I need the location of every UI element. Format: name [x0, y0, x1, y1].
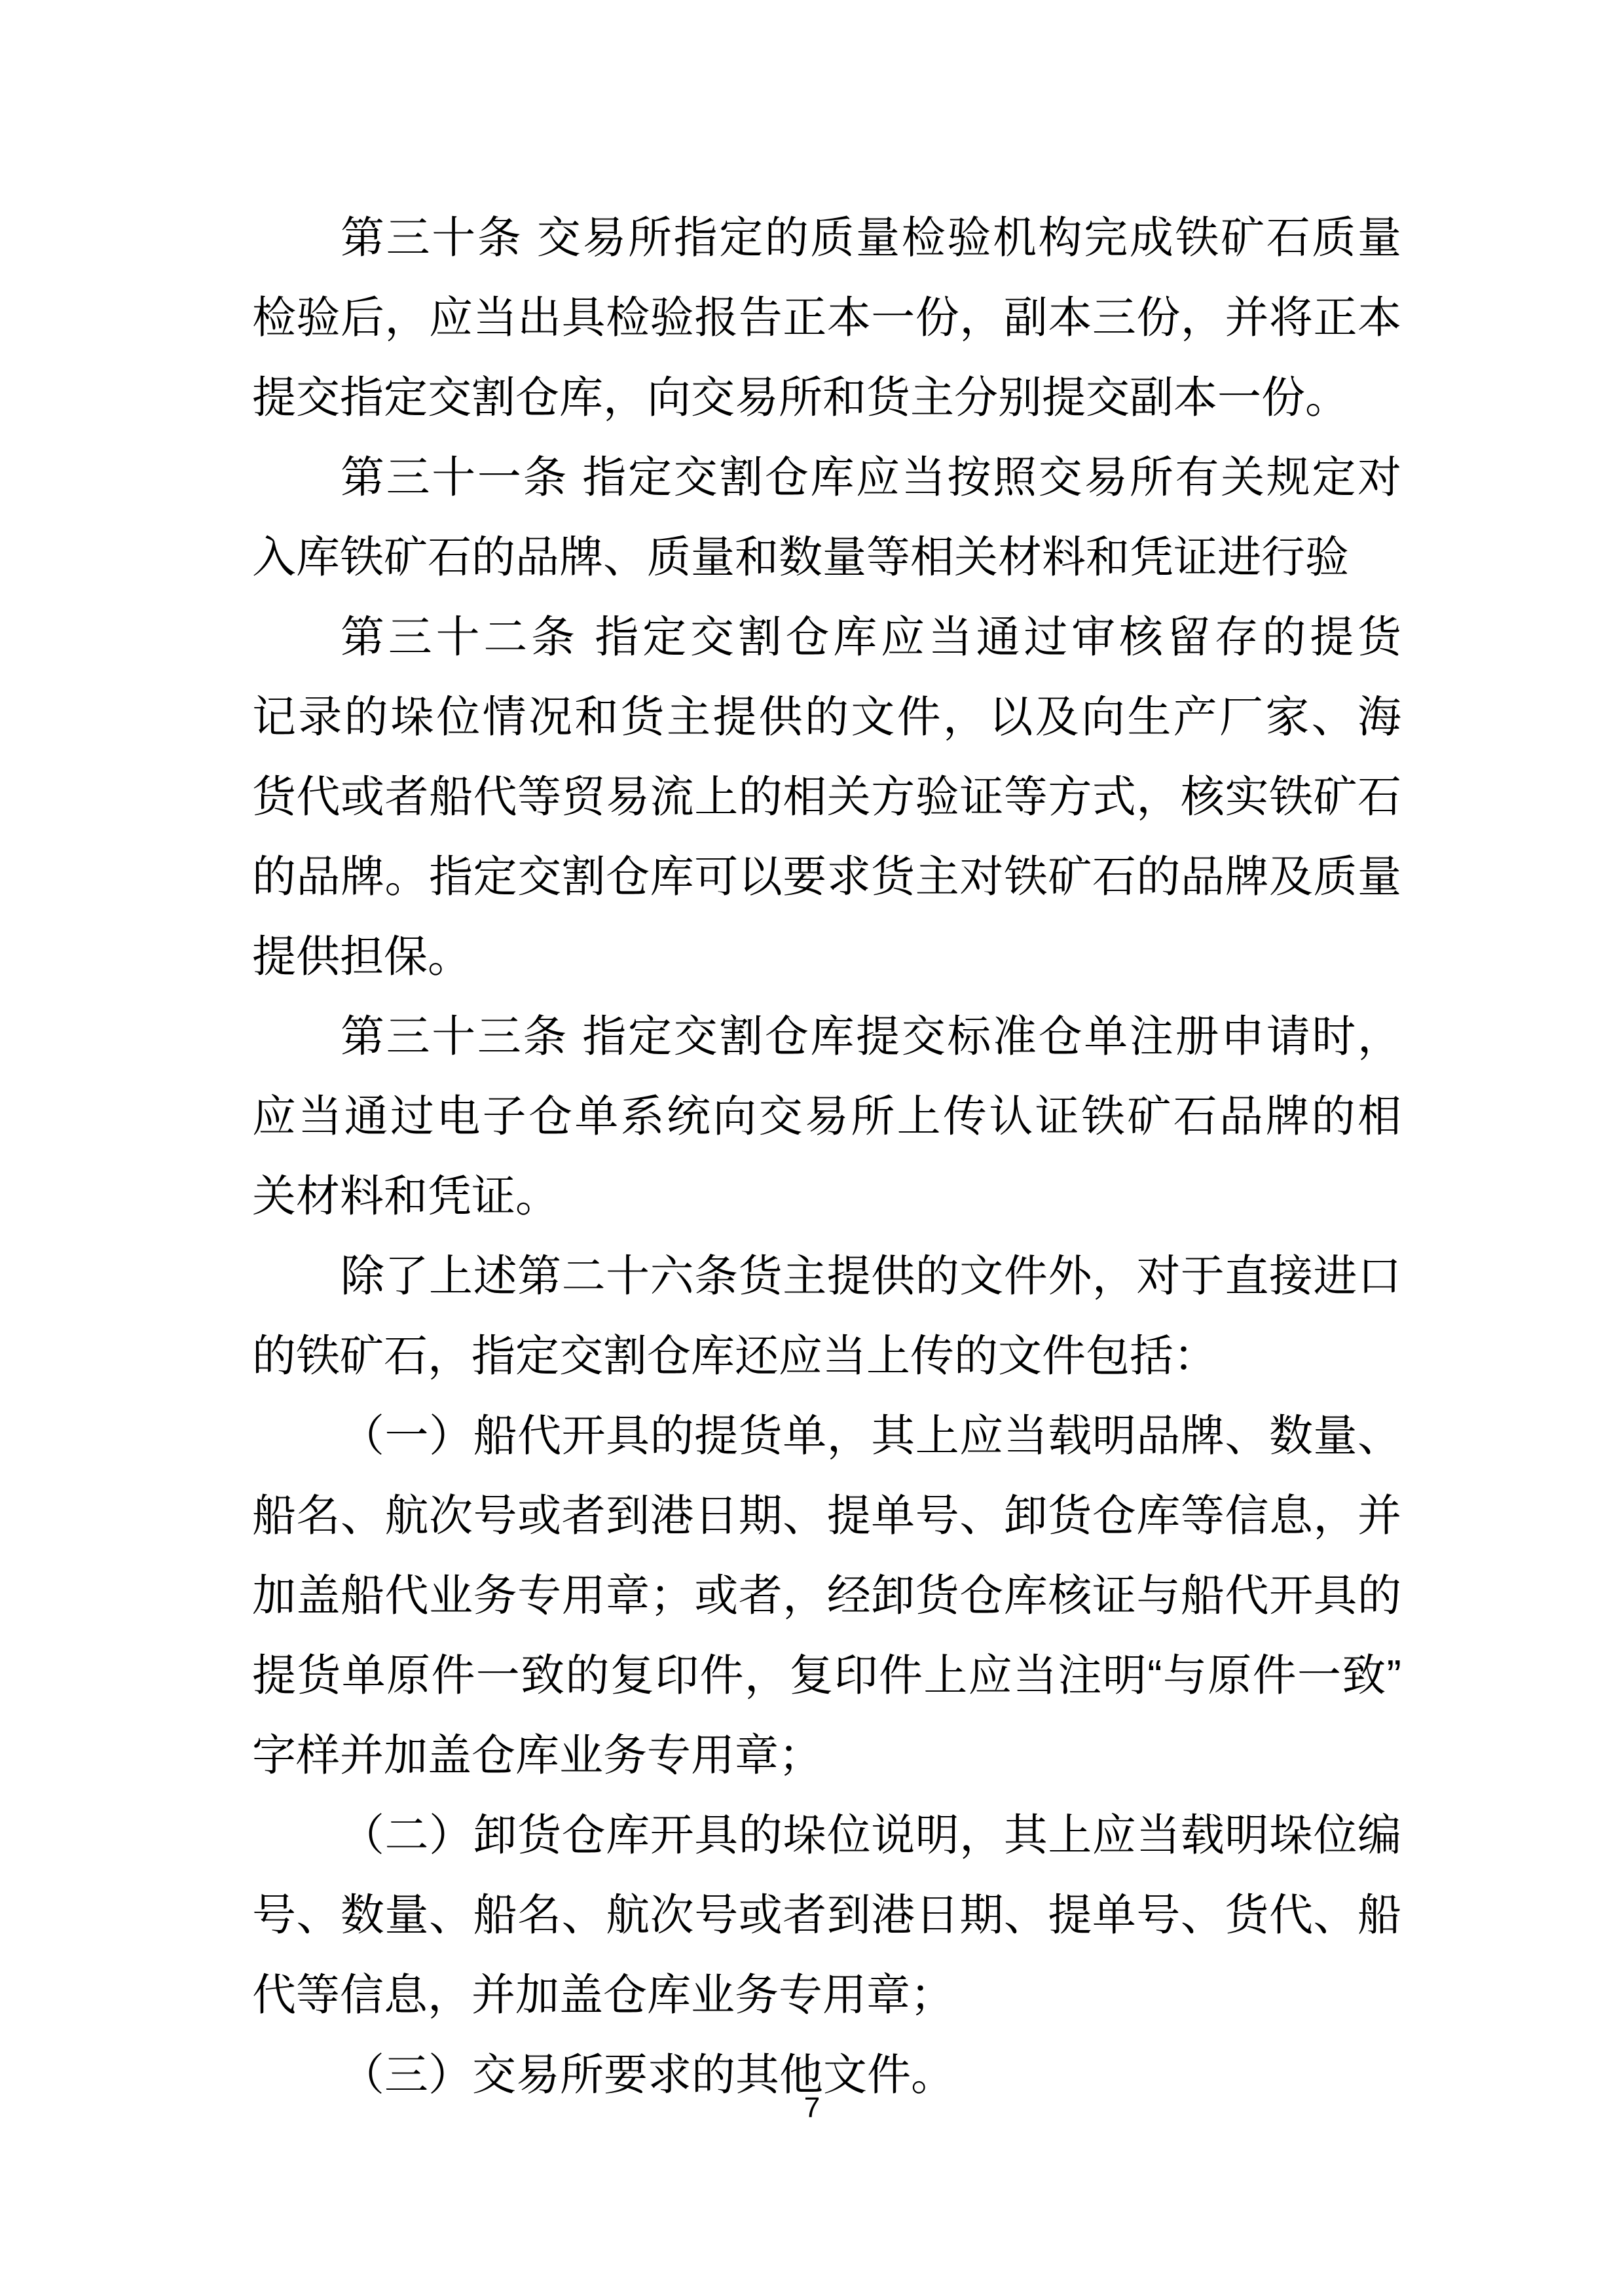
text-line: 提供担保。	[252, 917, 1401, 997]
text-line: 号、数量、船名、航次号或者到港日期、提单号、货代、船	[252, 1876, 1401, 1956]
text-line: 货代或者船代等贸易流上的相关方验证等方式，核实铁矿石	[252, 757, 1401, 837]
text-line: 加盖船代业务专用章；或者，经卸货仓库核证与船代开具的	[252, 1556, 1401, 1636]
text-line: 应当通过电子仓单系统向交易所上传认证铁矿石品牌的相	[252, 1077, 1401, 1157]
text-line: 的品牌。指定交割仓库可以要求货主对铁矿石的品牌及质量	[252, 837, 1401, 917]
text-line: 提货单原件一致的复印件，复印件上应当注明“与原件一致”	[252, 1636, 1401, 1716]
document-body: 第三十条 交易所指定的质量检验机构完成铁矿石质量检验后，应当出具检验报告正本一份…	[252, 198, 1401, 2115]
text-line: 除了上述第二十六条货主提供的文件外，对于直接进口	[252, 1237, 1401, 1317]
text-line: （二）卸货仓库开具的垛位说明，其上应当载明垛位编	[252, 1796, 1401, 1876]
text-line: 记录的垛位情况和货主提供的文件，以及向生产厂家、海关、	[252, 678, 1401, 757]
text-line: 第三十二条 指定交割仓库应当通过审核留存的提货单、	[252, 598, 1401, 678]
text-line: 入库铁矿石的品牌、质量和数量等相关材料和凭证进行验收。	[252, 518, 1401, 598]
text-line: 第三十条 交易所指定的质量检验机构完成铁矿石质量	[252, 198, 1401, 278]
text-line: 提交指定交割仓库，向交易所和货主分别提交副本一份。	[252, 358, 1401, 438]
text-line: 船名、航次号或者到港日期、提单号、卸货仓库等信息，并	[252, 1476, 1401, 1556]
text-line: 字样并加盖仓库业务专用章；	[252, 1716, 1401, 1796]
text-line: 第三十三条 指定交割仓库提交标准仓单注册申请时，	[252, 997, 1401, 1077]
text-line: 的铁矿石，指定交割仓库还应当上传的文件包括：	[252, 1317, 1401, 1396]
text-line: 检验后，应当出具检验报告正本一份，副本三份，并将正本	[252, 278, 1401, 358]
page-number: 7	[0, 2090, 1624, 2126]
text-line: （一）船代开具的提货单，其上应当载明品牌、数量、	[252, 1396, 1401, 1476]
text-line: 第三十一条 指定交割仓库应当按照交易所有关规定对	[252, 438, 1401, 518]
document-page: 第三十条 交易所指定的质量检验机构完成铁矿石质量检验后，应当出具检验报告正本一份…	[0, 0, 1624, 2296]
text-line: 关材料和凭证。	[252, 1157, 1401, 1237]
text-line: 代等信息，并加盖仓库业务专用章；	[252, 1956, 1401, 2035]
